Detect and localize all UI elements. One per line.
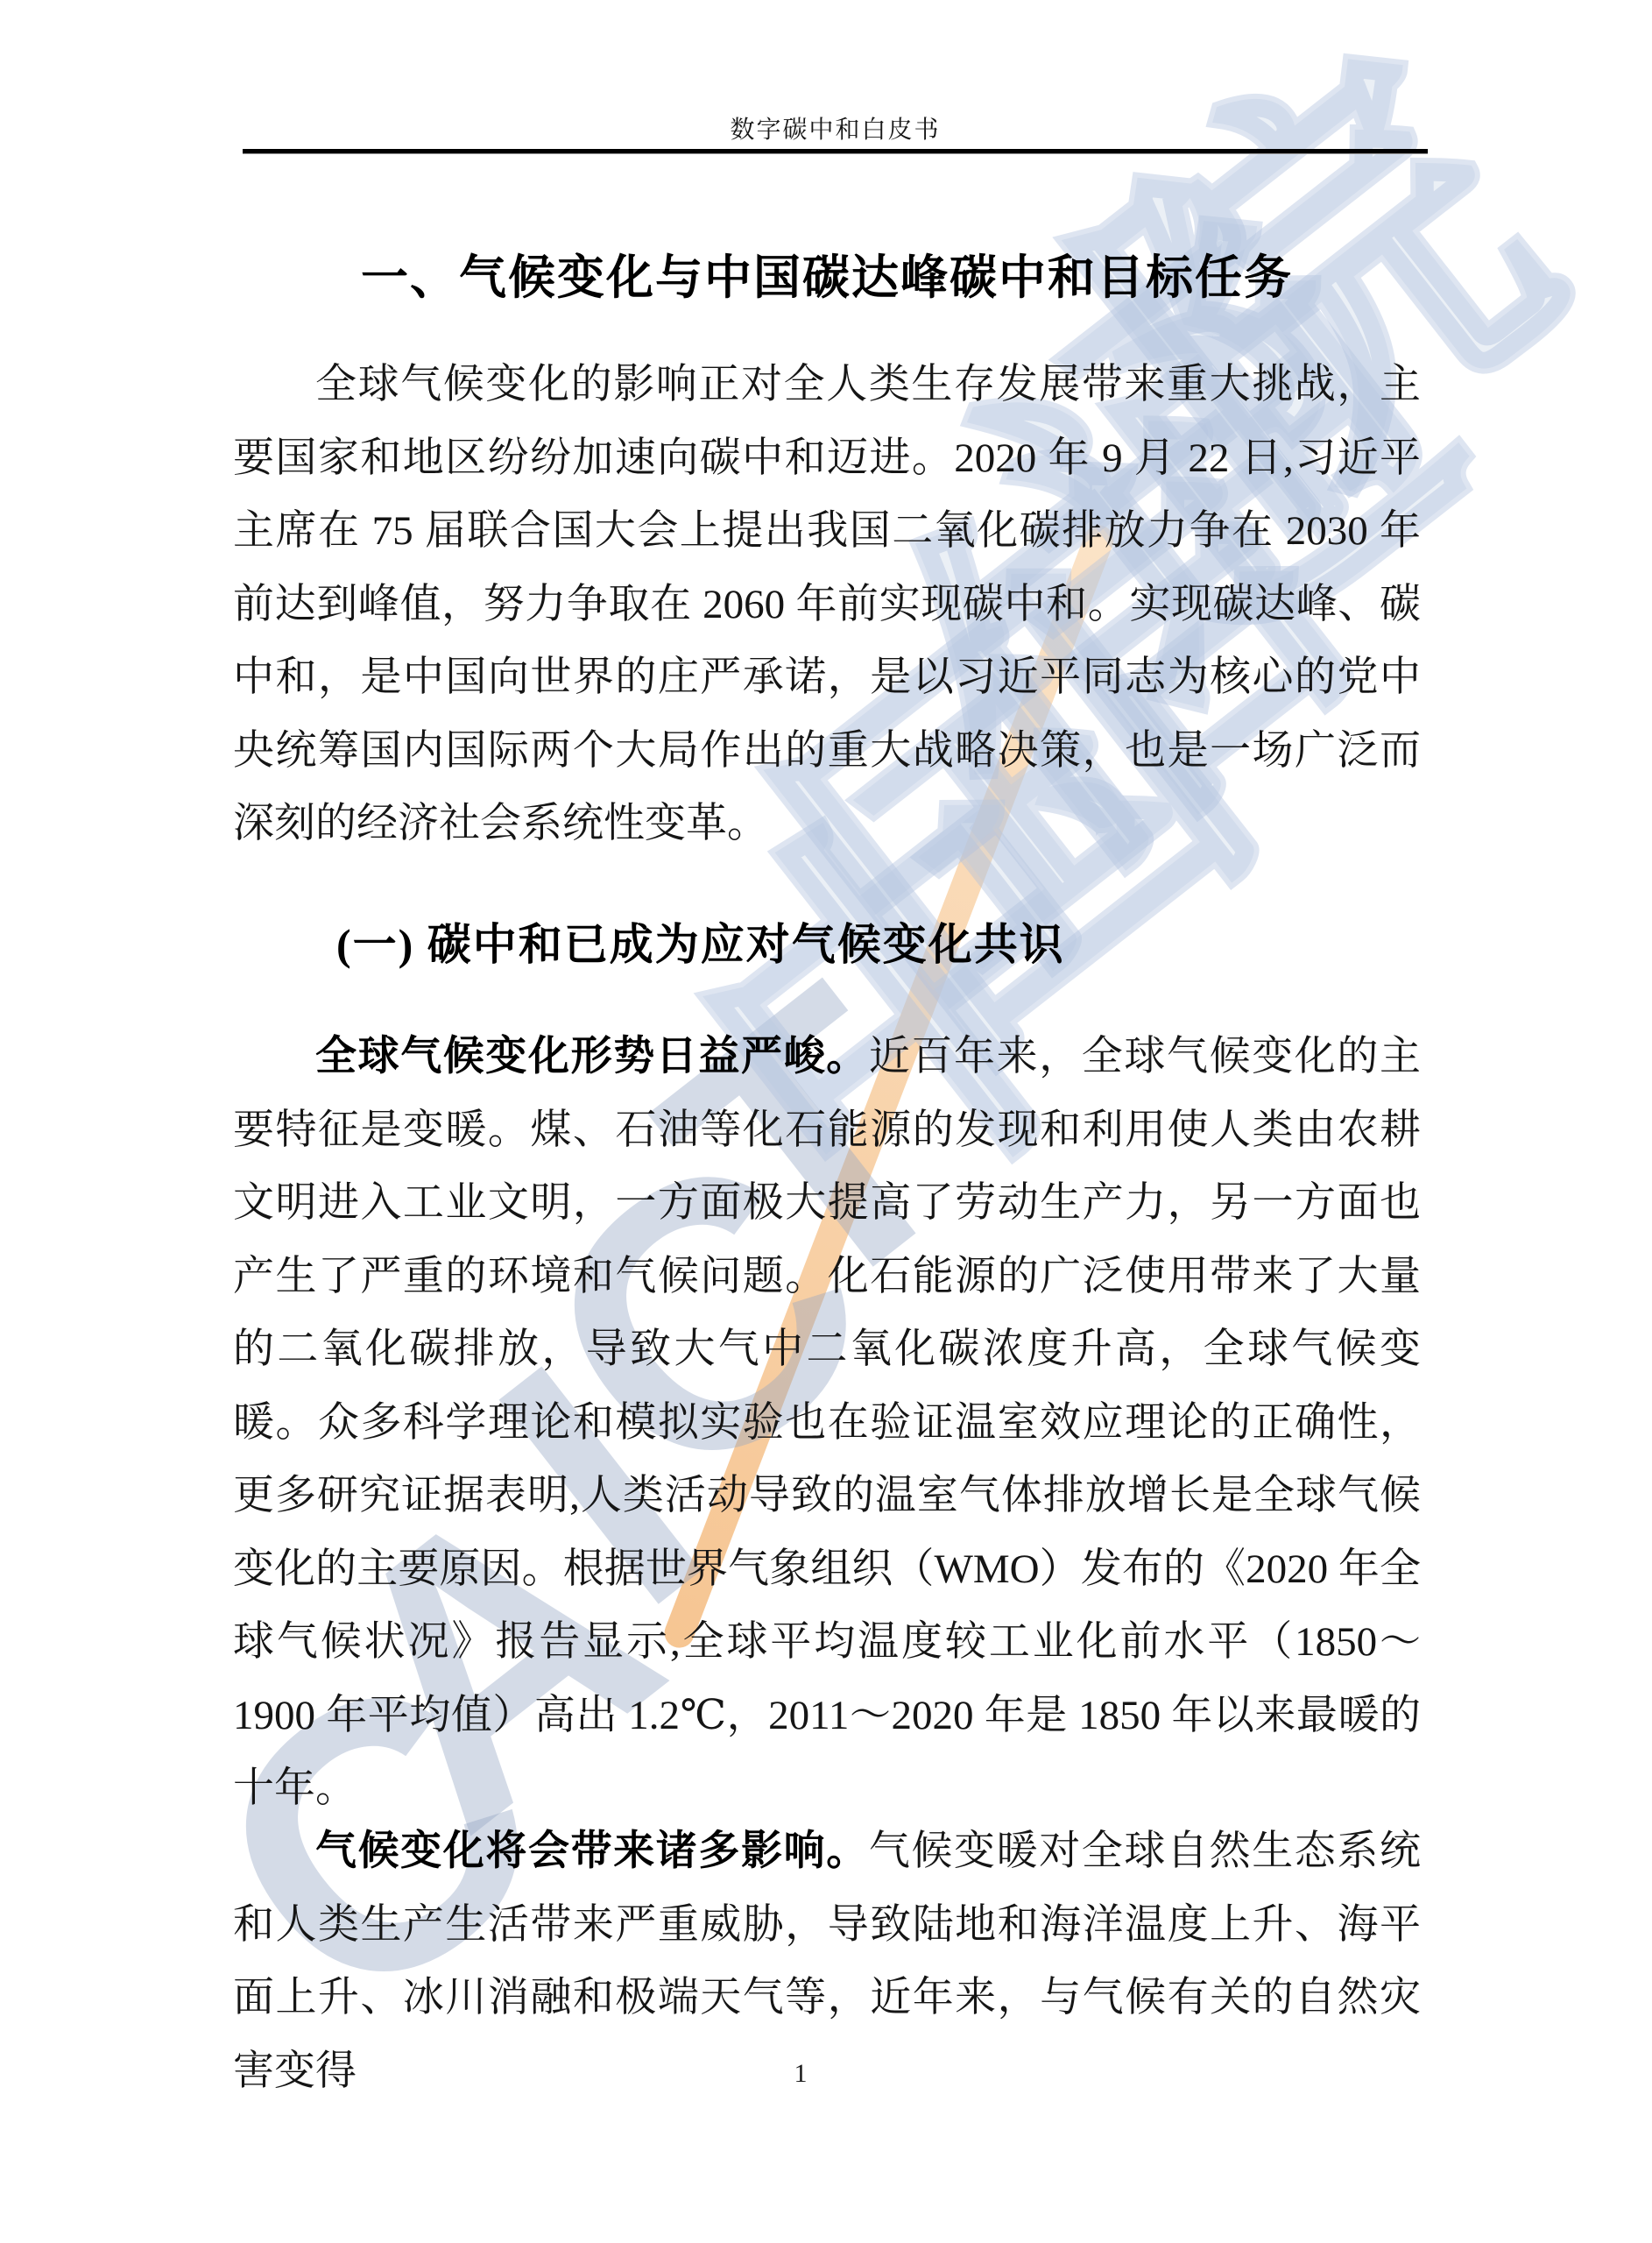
subsection-heading: (一) 碳中和已成为应对气候变化共识 xyxy=(233,909,1421,973)
page-number: 1 xyxy=(233,2059,1368,2089)
paragraph: 全球气候变化的影响正对全人类生存发展带来重大挑战，主要国家和地区纷纷加速向碳中和… xyxy=(233,349,1421,861)
header-rule xyxy=(243,149,1428,154)
running-header: 数字碳中和白皮书 xyxy=(243,110,1428,145)
page-content: 数字碳中和白皮书 一、气候变化与中国碳达峰碳中和目标任务 全球气候变化的影响正对… xyxy=(0,0,1652,2243)
paragraph: 全球气候变化形势日益严峻。近百年来，全球气候变化的主要特征是变暖。煤、石油等化石… xyxy=(233,1019,1421,1826)
paragraph-lead: 气候变化将会带来诸多影响。 xyxy=(315,1827,869,1873)
paragraph-lead: 全球气候变化形势日益严峻。 xyxy=(315,1032,869,1079)
paragraph-text: 近百年来，全球气候变化的主要特征是变暖。煤、石油等化石能源的发现和利用使人类由农… xyxy=(233,1034,1421,1811)
document-page: C A I C T 中 国 信 通 院 数字碳中和白皮书 一、气候变化与中国碳达… xyxy=(0,0,1652,2243)
chapter-title: 一、气候变化与中国碳达峰碳中和目标任务 xyxy=(233,240,1421,308)
